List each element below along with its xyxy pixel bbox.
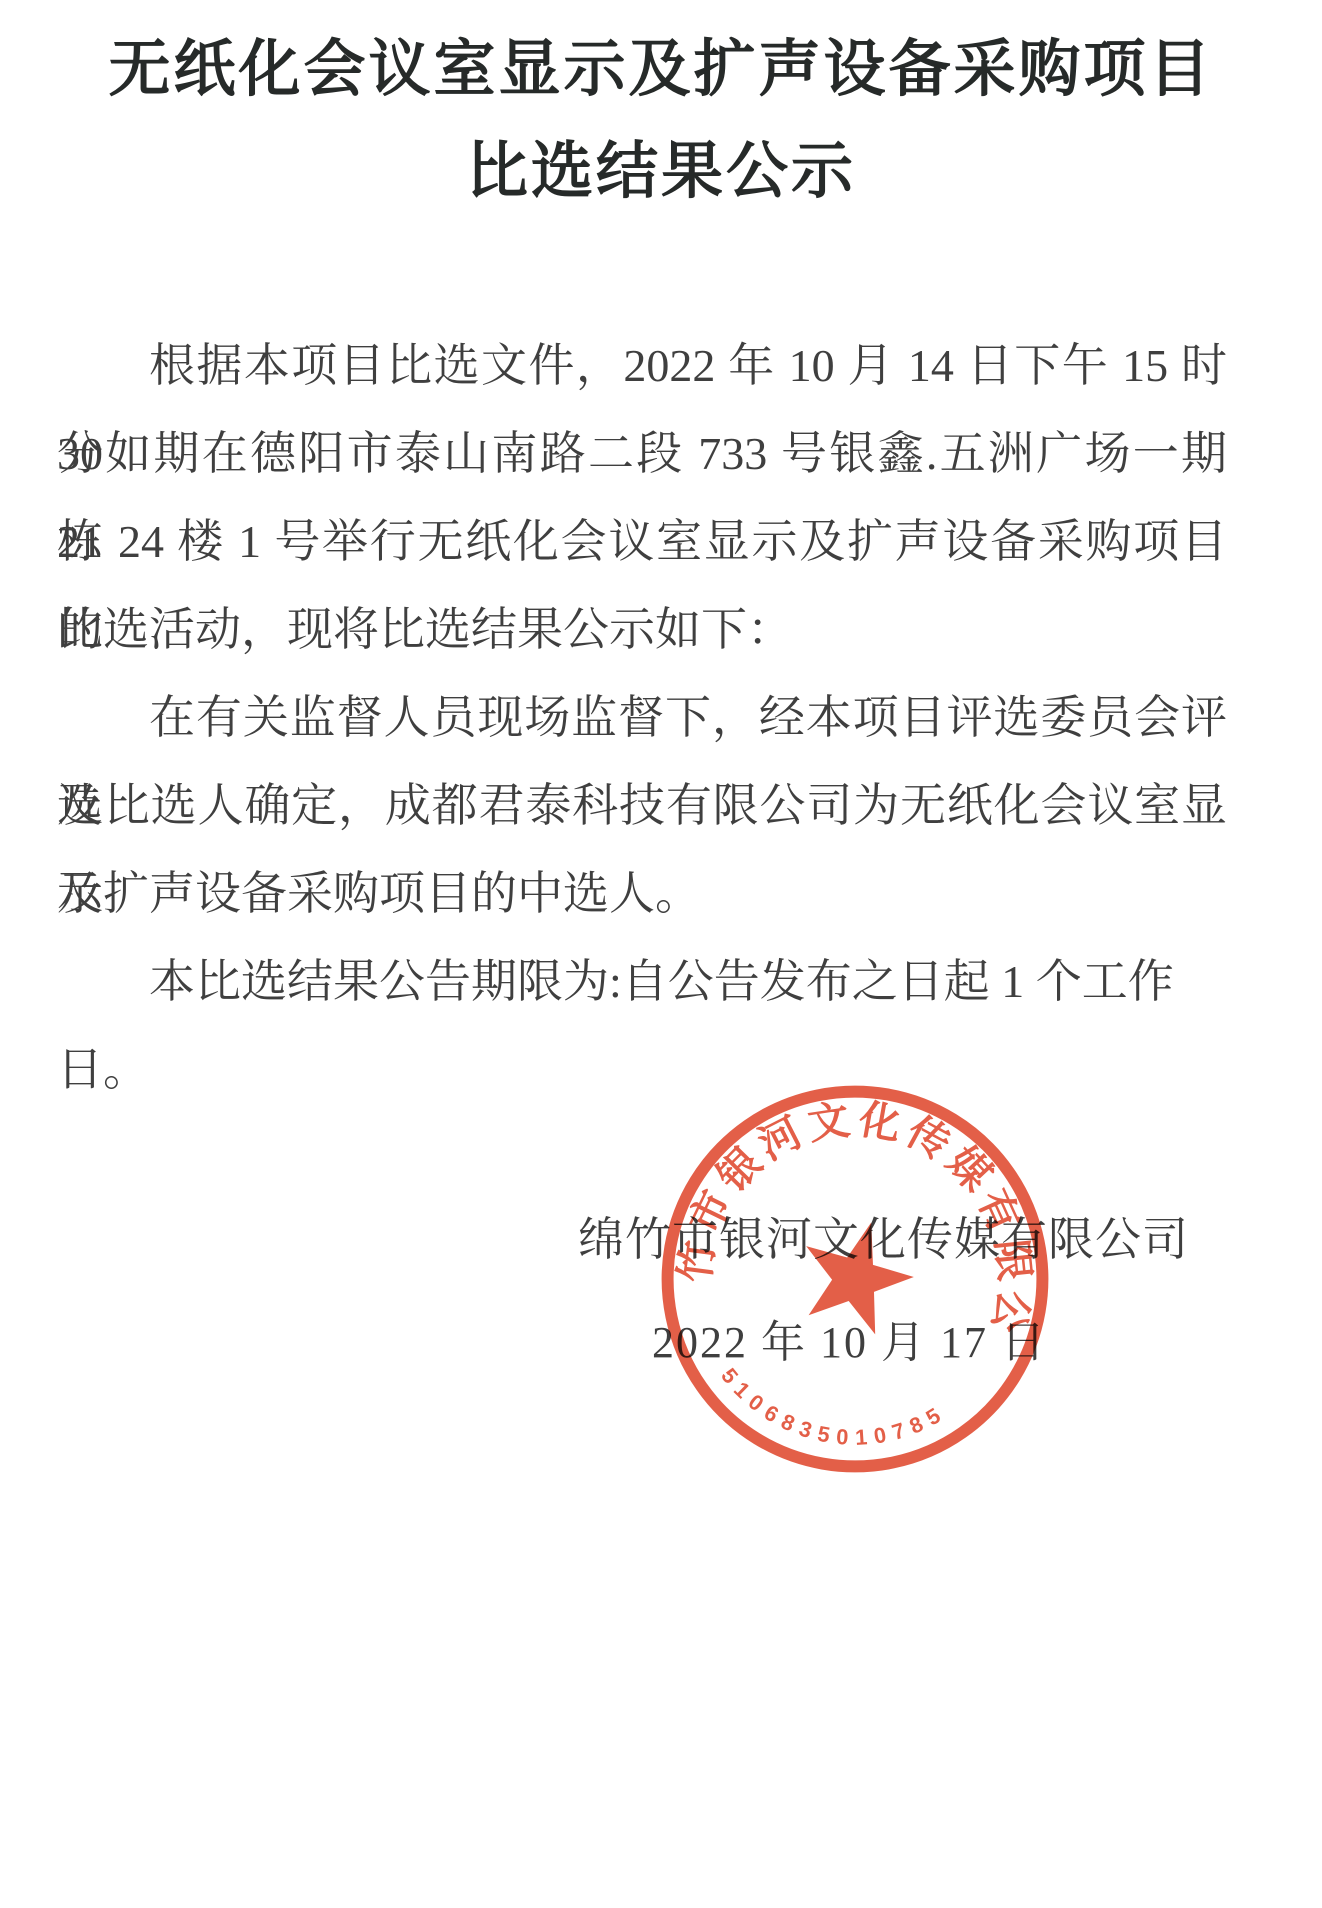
signature-date: 2022 年 10 月 17 日 [652, 1306, 1047, 1370]
document-body: 根据本项目比选文件，2022 年 10 月 14 日下午 15 时 30 分如期… [57, 322, 1227, 1026]
signature-company-name: 绵竹市银河文化传媒有限公司 [578, 1203, 1189, 1269]
paragraph1-line4: 比选活动，现将比选结果公示如下： [57, 586, 1227, 674]
paragraph1-line3: 栋 24 楼 1 号举行无纸化会议室显示及扩声设备采购项目的 [57, 498, 1227, 586]
company-seal-stamp: 绵竹市银河文化传媒有限公司 5106835010785 [648, 1072, 1062, 1486]
paragraph1-line1: 根据本项目比选文件，2022 年 10 月 14 日下午 15 时 30 [57, 322, 1227, 410]
paragraph3-line1: 本比选结果公告期限为:自公告发布之日起 1 个工作日。 [57, 938, 1227, 1026]
seal-serial-number: 5106835010785 [708, 1360, 955, 1468]
doc-title-line2: 比选结果公示 [0, 134, 1322, 210]
paragraph2-line1: 在有关监督人员现场监督下，经本项目评选委员会评选 [57, 674, 1227, 762]
paragraph1-line2: 分如期在德阳市泰山南路二段 733 号银鑫.五洲广场一期 21 [57, 410, 1227, 498]
doc-title-line1: 无纸化会议室显示及扩声设备采购项目 [0, 0, 1322, 108]
document-page: 无纸化会议室显示及扩声设备采购项目 比选结果公示 根据本项目比选文件，2022 … [0, 0, 1322, 1908]
paragraph2-line2: 及比选人确定，成都君泰科技有限公司为无纸化会议室显示 [57, 762, 1227, 850]
paragraph2-line3: 及扩声设备采购项目的中选人。 [57, 850, 1227, 938]
seal-outer-ring [648, 1072, 1062, 1486]
